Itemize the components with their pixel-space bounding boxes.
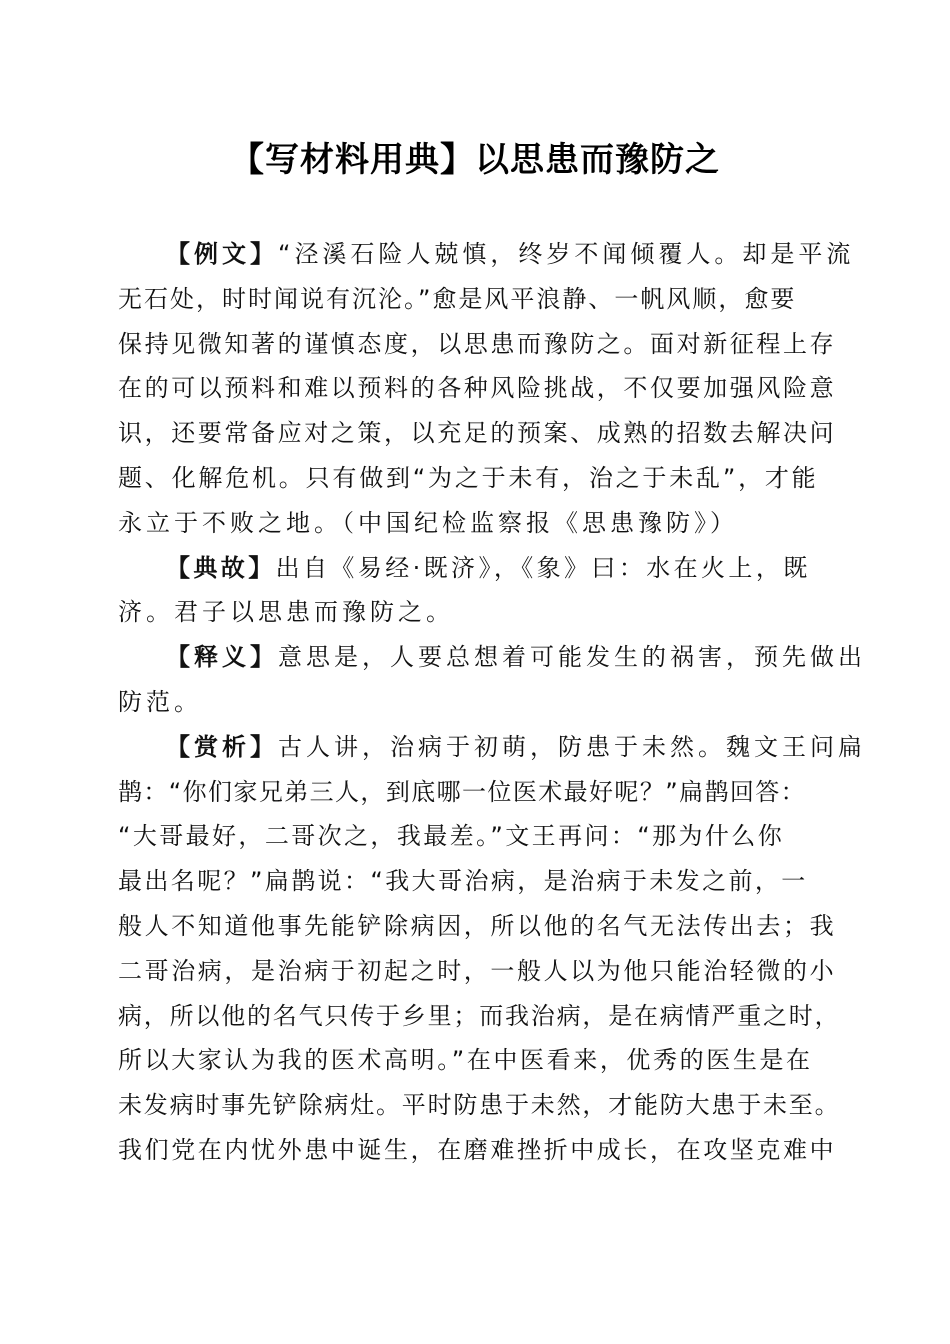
paragraph-appreciation-line: 二哥治病，是治病于初起之时，一般人以为他只能治轻微的小: [118, 949, 838, 994]
paragraph-appreciation-line: 般人不知道他事先能铲除病因，所以他的名气无法传出去；我: [118, 904, 838, 949]
text-line: 出自《易经·既济》，《象》曰：水在火上，既: [276, 554, 811, 582]
paragraph-allusion-line-1: 【典故】出自《易经·既济》，《象》曰：水在火上，既: [118, 546, 838, 591]
section-tag-allusion: 【典故】: [166, 554, 276, 582]
paragraph-appreciation-line: 所以大家认为我的医术高明。”在中医看来，优秀的医生是在: [118, 1038, 838, 1083]
paragraph-example-line: 无石处，时时闻说有沉沦。”愈是风平浪静、一帆风顺，愈要: [118, 277, 838, 322]
text-line: 意思是，人要总想着可能发生的祸害，预先做出: [278, 643, 866, 671]
document-body: 【例文】“泾溪石险人兢慎，终岁不闻倾覆人。却是平流 无石处，时时闻说有沉沦。”愈…: [118, 232, 838, 1173]
text-line: 古人讲，治病于初萌，防患于未然。魏文王问扁: [278, 733, 866, 761]
paragraph-example-line: 保持见微知著的谨慎态度，以思患而豫防之。面对新征程上存: [118, 322, 838, 367]
paragraph-appreciation-line: 未发病时事先铲除病灶。平时防患于未然，才能防大患于未至。: [118, 1083, 838, 1128]
document-page: 【写材料用典】以思患而豫防之 【例文】“泾溪石险人兢慎，终岁不闻倾覆人。却是平流…: [0, 0, 950, 1344]
paragraph-example-line: 永立于不败之地。（中国纪检监察报《思患豫防》）: [118, 501, 838, 546]
paragraph-example-line: 识，还要常备应对之策，以充足的预案、成熟的招数去解决问: [118, 411, 838, 456]
text-line: “泾溪石险人兢慎，终岁不闻倾覆人。却是平流: [278, 240, 854, 268]
paragraph-example-line: 题、化解危机。只有做到“为之于未有，治之于未乱”，才能: [118, 456, 838, 501]
paragraph-example-line: 在的可以预料和难以预料的各种风险挑战，不仅要加强风险意: [118, 366, 838, 411]
paragraph-allusion-line: 济。君子以思患而豫防之。: [118, 590, 838, 635]
document-title: 【写材料用典】以思患而豫防之: [0, 135, 950, 185]
paragraph-meaning-line-1: 【释义】意思是，人要总想着可能发生的祸害，预先做出: [118, 635, 838, 680]
paragraph-appreciation-line: 我们党在内忧外患中诞生，在磨难挫折中成长，在攻坚克难中: [118, 1128, 838, 1173]
paragraph-appreciation-line: 鹊：“你们家兄弟三人，到底哪一位医术最好呢？”扁鹊回答：: [118, 770, 838, 815]
paragraph-appreciation-line: 最出名呢？”扁鹊说：“我大哥治病，是治病于未发之前，一: [118, 859, 838, 904]
section-tag-example: 【例文】: [166, 240, 278, 268]
section-tag-appreciation: 【赏析】: [166, 733, 278, 761]
paragraph-appreciation-line: “大哥最好，二哥次之，我最差。”文王再问：“那为什么你: [118, 814, 838, 859]
paragraph-meaning-line: 防范。: [118, 680, 838, 725]
paragraph-appreciation-line: 病，所以他的名气只传于乡里；而我治病，是在病情严重之时，: [118, 994, 838, 1039]
section-tag-meaning: 【释义】: [166, 643, 278, 671]
paragraph-example-line-1: 【例文】“泾溪石险人兢慎，终岁不闻倾覆人。却是平流: [118, 232, 838, 277]
paragraph-appreciation-line-1: 【赏析】古人讲，治病于初萌，防患于未然。魏文王问扁: [118, 725, 838, 770]
